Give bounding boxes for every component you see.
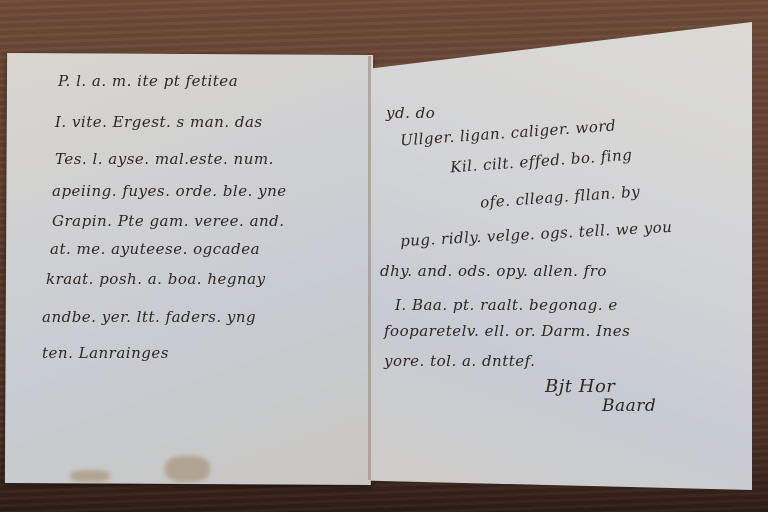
handwriting-line: ten. Lanrainges	[42, 344, 169, 362]
handwriting-line: yore. tol. a. dnttef.	[384, 352, 535, 370]
handwriting-line: Tes. l. ayse. mal.este. num.	[55, 150, 274, 168]
handwriting-line: kraat. posh. a. boa. hegnay	[46, 270, 266, 288]
water-stain	[70, 470, 110, 482]
water-stain	[165, 456, 210, 482]
handwriting-line: fooparetelv. ell. or. Darm. Ines	[384, 322, 630, 340]
handwriting-line: I. Baa. pt. raalt. begonag. e	[395, 296, 618, 314]
handwriting-line: at. me. ayuteese. ogcadea	[50, 240, 260, 258]
handwriting-line: Grapin. Pte gam. veree. and.	[52, 212, 285, 230]
handwriting-line: yd. do	[386, 104, 435, 122]
letter-right-page	[368, 22, 752, 490]
handwriting-line: apeiing. fuyes. orde. ble. yne	[52, 182, 287, 200]
handwriting-line: I. vite. Ergest. s man. das	[55, 113, 263, 131]
signature-flourish: Bjt Hor	[545, 376, 615, 397]
handwriting-line: P. l. a. m. ite pt fetitea	[58, 72, 238, 90]
handwriting-line: dhy. and. ods. opy. allen. fro	[380, 262, 607, 280]
handwriting-line: andbe. yer. ltt. faders. yng	[42, 308, 256, 326]
signature-name: Baard	[602, 396, 656, 416]
page-fold-crease	[368, 56, 371, 480]
